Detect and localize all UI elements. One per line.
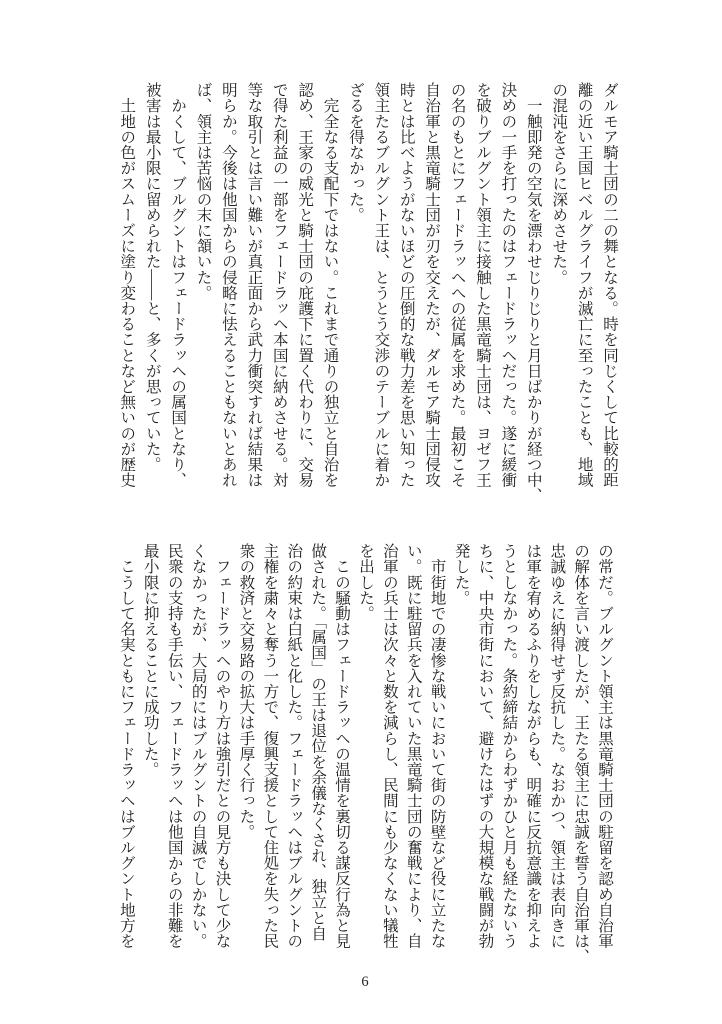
upper-text-block: ダルモア騎士団の二の舞となる。時を同じくして比較的距 離の近い王国ヒベルグライフ… (112, 82, 622, 488)
page-number: 6 (4, 974, 722, 991)
lower-text-block: の常だ。ブルグント領主は黒竜騎士団の駐留を認め自治軍 の解体を言い渡したが、王た… (114, 543, 616, 949)
book-page: { "page": { "number": "6", "background_c… (0, 0, 722, 1024)
